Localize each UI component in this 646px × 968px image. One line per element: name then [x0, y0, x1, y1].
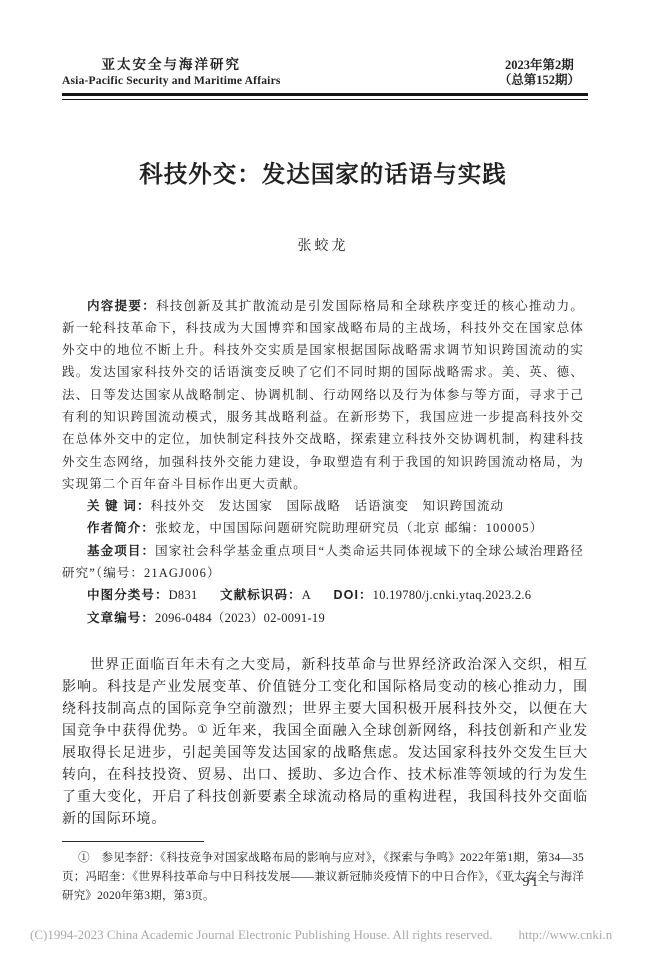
doi-label: DOI：	[334, 588, 373, 602]
keywords-text: 科技外交 发达国家 国际战略 话语演变 知识跨国流动	[151, 499, 505, 513]
header-divider	[62, 93, 588, 100]
author-bio-label: 作者简介：	[87, 521, 155, 535]
fund-label: 基金项目：	[87, 544, 155, 558]
author-bio-text: 张蛟龙，中国国际问题研究院助理研究员（北京 邮编：100005）	[155, 521, 543, 535]
page-number: · 91 ·	[511, 874, 552, 890]
author-bio-line: 作者简介：张蛟龙，中国国际问题研究院助理研究员（北京 邮编：100005）	[62, 517, 584, 539]
keywords-label: 关 键 词：	[87, 499, 151, 513]
page-header: 亚太安全与海洋研究 Asia-Pacific Security and Mari…	[62, 57, 580, 88]
footnote-section: ① 参见李舒：《科技竞争对国家战略布局的影响与应对》，《探索与争鸣》2022年第…	[62, 849, 584, 906]
article-id-label: 文章编号：	[87, 611, 155, 625]
watermark-copyright: (C)1994-2023 China Academic Journal Elec…	[30, 927, 493, 942]
footnote-divider	[62, 841, 204, 842]
article-id-value: 2096-0484（2023）02-0091-19	[155, 611, 325, 625]
fund-line: 基金项目：国家社会科学基金重点项目“人类命运共同体视域下的全球公域治理路径研究”…	[62, 540, 584, 585]
footnote-ref-mark: ①	[197, 724, 207, 736]
body-paragraph: 世界正面临百年未有之大变局，新科技革命与世界经济政治深入交织，相互影响。科技是产…	[62, 655, 588, 830]
body-paragraph-part2: 近年来，我国全面融入全球创新网络，科技创新和产业发展取得长足进步，引起美国等发达…	[62, 724, 588, 826]
doc-code-label: 文献标识码：	[220, 588, 302, 602]
article-title: 科技外交：发达国家的话语与实践	[0, 155, 646, 189]
keywords-line: 关 键 词：科技外交 发达国家 国际战略 话语演变 知识跨国流动	[62, 495, 584, 517]
issue-info: 2023年第2期 （总第152期）	[499, 58, 580, 88]
journal-name-block: 亚太安全与海洋研究 Asia-Pacific Security and Mari…	[62, 57, 281, 88]
article-author: 张蛟龙	[0, 235, 646, 255]
clc-label: 中图分类号：	[87, 588, 169, 602]
issue-total-number: （总第152期）	[499, 73, 580, 88]
doi-value: 10.19780/j.cnki.ytaq.2023.2.6	[373, 588, 532, 602]
article-id-line: 文章编号：2096-0484（2023）02-0091-19	[62, 607, 584, 629]
footnote-text: ① 参见李舒：《科技竞争对国家战略布局的影响与应对》，《探索与争鸣》2022年第…	[62, 849, 584, 906]
cnki-watermark: (C)1994-2023 China Academic Journal Elec…	[30, 927, 646, 943]
journal-page: 亚太安全与海洋研究 Asia-Pacific Security and Mari…	[0, 0, 646, 968]
abstract-label: 内容提要：	[87, 299, 156, 313]
watermark-url: http://www.cnki.n	[519, 927, 613, 942]
clc-value: D831	[169, 588, 198, 602]
doc-code-value: A	[302, 588, 311, 602]
article-body: 世界正面临百年未有之大变局，新科技革命与世界经济政治深入交织，相互影响。科技是产…	[62, 655, 588, 830]
abstract: 内容提要：科技创新及其扩散流动是引发国际格局和全球秩序变迁的核心推动力。新一轮科…	[62, 295, 584, 496]
journal-name-en: Asia-Pacific Security and Maritime Affai…	[62, 75, 281, 88]
journal-name-cn: 亚太安全与海洋研究	[62, 57, 281, 73]
classification-line: 中图分类号：D831文献标识码：ADOI：10.19780/j.cnki.yta…	[62, 584, 584, 606]
issue-year-number: 2023年第2期	[499, 58, 580, 73]
abstract-text: 科技创新及其扩散流动是引发国际格局和全球秩序变迁的核心推动力。新一轮科技革命下，…	[62, 299, 584, 491]
front-matter: 内容提要：科技创新及其扩散流动是引发国际格局和全球秩序变迁的核心推动力。新一轮科…	[62, 295, 584, 629]
